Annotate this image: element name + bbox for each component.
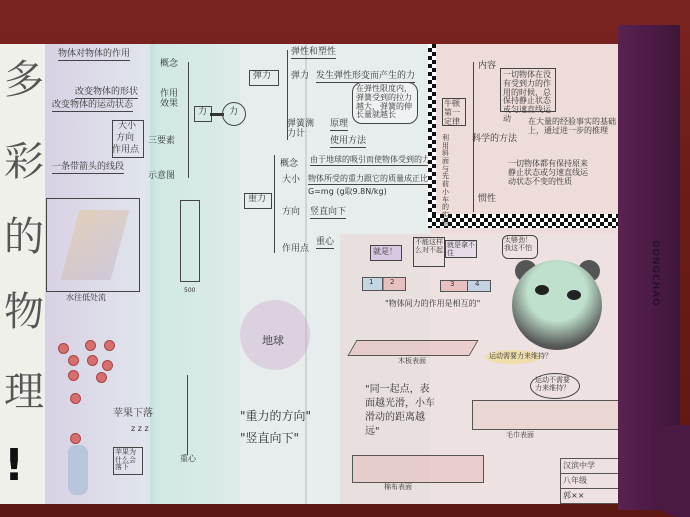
concept-text: 物体对物体的作用 (58, 50, 130, 61)
gravity-formula: G=mg (g取9.8N/kg) (308, 188, 387, 197)
principle-label: 原理 (330, 120, 348, 131)
answer-bubble: 运动不需要力来维持？ (530, 373, 580, 399)
gravity-point-text: 重心 (316, 238, 334, 249)
block-label: 1 (369, 279, 373, 287)
inertia-text: 一切物体都有保持原来静止状态或匀速直线运动状态不变的性质 (508, 160, 592, 186)
method-text: 在大量的经验事实的基础上，通过进一步的推理 (528, 118, 618, 136)
apple (68, 370, 79, 381)
apple (85, 340, 96, 351)
apple (58, 343, 69, 354)
speech-bubble-text: 不能这样么对不起 (415, 239, 443, 254)
apple (102, 360, 113, 371)
content-text: 一切物体在没有受到力的作用的时候，总保持静止状态或匀速直线运动 (503, 71, 553, 124)
gravity-size-text: 物体所受的重力跟它的质量成正比 (308, 175, 428, 185)
block-1: 1 (362, 277, 384, 291)
effect-line-1: 改变物体的形状 (75, 88, 138, 99)
apple-note-box: 苹果为什么会落下 (113, 447, 143, 475)
name-cell: 郭×× (561, 489, 623, 503)
elastic-node: 弹力 (249, 70, 279, 86)
effect-label: 作用效果 (160, 90, 184, 110)
diagram-text: 一条带箭头的线段 (52, 163, 124, 174)
left-force-node-label: 力 (198, 108, 207, 118)
spring-meter-label: 弹簧测力计 (287, 120, 315, 140)
apple-caption: 苹果下落 (113, 408, 153, 419)
friction-conclusion: "同一起点，表面越光滑，小车滑动的距离越远" (365, 383, 435, 439)
school-cell: 汉滨中学 (561, 459, 623, 474)
block-3: 3 (440, 280, 468, 292)
grade-cell: 八年级 (561, 474, 623, 489)
gravity-direction-label: 方向 (282, 208, 300, 218)
speech-bubble: 不能这样么对不起 (413, 237, 445, 267)
speech-bubble-text: 就是！ (373, 248, 397, 257)
elements-label: 三要素 (148, 137, 175, 147)
title-char: 彩 (4, 130, 44, 187)
center-force-node: 力 (222, 102, 246, 126)
gravity-direction-quote-1: "重力的方向" (240, 410, 311, 423)
checker-border-vertical (428, 44, 436, 224)
content-box: 一切物体在没有受到力的作用的时候，总保持静止状态或匀速直线运动 (500, 68, 556, 112)
block-label: 3 (450, 281, 454, 289)
paper-fold-line (305, 44, 307, 504)
surface-towel-label: 毛巾表面 (506, 432, 534, 440)
falling-apple (70, 433, 81, 444)
surface-cotton-label: 棉布表面 (384, 484, 412, 492)
apple (104, 340, 115, 351)
concept-label: 概念 (160, 60, 178, 70)
content-label: 内容 (478, 62, 496, 72)
speech-bubble-text: 太够劲！我这不怕 (504, 237, 536, 252)
interaction-caption: "物体间力的作用是相互的" (385, 300, 480, 309)
apple (68, 355, 79, 366)
newton-node-label: 牛顿第一定律 (444, 100, 464, 126)
hooke-law-bubble: 在弹性限度内，弹簧受到的拉力越大，弹簧的伸长量就越长 (352, 82, 418, 124)
element-direction: 方向 (116, 134, 134, 144)
title-char: 多 (4, 48, 44, 105)
left-bracket (188, 62, 189, 178)
ruler-handle (650, 425, 690, 517)
element-point: 作用点 (112, 146, 139, 156)
diagram-label: 示意图 (148, 172, 175, 182)
gravity-bracket (274, 155, 275, 253)
ramp-cotton (352, 455, 484, 483)
elastic-node-label: 弹力 (253, 72, 271, 82)
waterfall-caption: 水往低处流 (66, 294, 106, 303)
surface-wood-label: 木板表面 (398, 358, 426, 366)
speech-bubble-text: 就是拿不住 (447, 242, 475, 257)
usage-label: 使用方法 (330, 137, 366, 148)
gravity-node-label: 重力 (248, 195, 266, 205)
block-label: 2 (390, 279, 394, 287)
ruler-brand-text: DONGCHAO (640, 240, 660, 310)
title-char: 物 (4, 280, 44, 337)
newton-side-text: 利用斜面与先前小车的实验 (442, 135, 452, 227)
checker-border-horizontal (428, 214, 620, 228)
gravity-size-label: 大小 (282, 176, 300, 186)
apple (96, 372, 107, 383)
elasticity-text: 弹性和塑性 (291, 48, 336, 59)
title-char: 的 (4, 205, 44, 262)
spring-scale-label: 500 (184, 288, 195, 295)
inertia-label: 惯性 (478, 195, 496, 205)
newton-node: 牛顿第一定律 (442, 98, 466, 126)
gravity-direction-quote-2: "竖直向下" (240, 432, 299, 445)
plumb-line (187, 375, 188, 455)
gravity-direction-text: 竖直向下 (310, 208, 346, 219)
ramp-towel (472, 400, 622, 430)
apple-note-text: 苹果为什么会落下 (115, 449, 141, 472)
zzz-text: z z z (131, 425, 149, 434)
center-force-label: 力 (229, 108, 238, 118)
speech-bubble: 就是拿不住 (445, 240, 477, 258)
panda-eye (567, 290, 581, 300)
element-size: 大小 (118, 122, 136, 132)
question-text: 运动需要力来维持？ (489, 353, 552, 361)
block-label: 4 (475, 281, 479, 289)
method-label: 科学的方法 (472, 135, 517, 145)
plumb-label: 重心 (180, 455, 196, 464)
earth-label: 地球 (262, 335, 284, 347)
student-info-table: 汉滨中学 八年级 郭×× (560, 458, 624, 504)
question-bubble: 运动需要力来维持？ (485, 350, 541, 364)
block-2: 2 (382, 277, 406, 291)
speech-bubble: 太够劲！我这不怕 (502, 235, 538, 259)
ramp-wood (347, 340, 478, 356)
effect-line-2: 改变物体的运动状态 (52, 101, 133, 112)
block-4: 4 (467, 280, 491, 292)
title-exclamation: ! (4, 440, 24, 491)
gravity-concept-label: 概念 (280, 160, 298, 170)
answer-text: 运动不需要力来维持？ (535, 377, 575, 392)
speech-bubble: 就是！ (370, 245, 402, 261)
apple (87, 355, 98, 366)
panda-drawing (512, 260, 602, 350)
elastic-force-label: 弹力 (291, 72, 309, 82)
gravity-node: 重力 (244, 193, 272, 209)
sleeping-figure (68, 445, 88, 495)
spring-scale-icon (180, 200, 200, 282)
gravity-concept-text: 由于地球的吸引而使物体受到的力 (310, 156, 430, 166)
panda-eye (535, 285, 549, 295)
title-char: 理 (4, 360, 44, 417)
hooke-law-text: 在弹性限度内，弹簧受到的拉力越大，弹簧的伸长量就越长 (356, 85, 416, 120)
gravity-point-label: 作用点 (282, 245, 309, 255)
apple (70, 393, 81, 404)
